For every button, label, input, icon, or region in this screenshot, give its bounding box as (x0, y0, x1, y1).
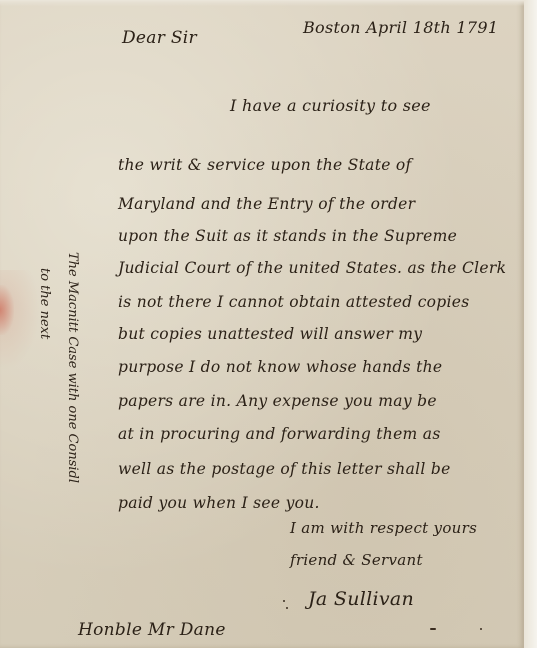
closing-line: friend & Servant (290, 551, 423, 569)
paper-top-edge (0, 0, 524, 6)
body-line: at in procuring and forwarding them as (118, 425, 441, 443)
margin-note-line: The Macnitt Case with one Considl (65, 252, 80, 483)
body-line: well as the postage of this letter shall… (118, 460, 451, 478)
body-line-opening: I have a curiosity to see (230, 96, 431, 115)
body-line: papers are in. Any expense you may be (118, 392, 437, 410)
body-line: Judicial Court of the united States. as … (118, 259, 506, 277)
ink-mark (430, 628, 436, 630)
body-line: Maryland and the Entry of the order (118, 195, 415, 213)
body-line: but copies unattested will answer my (118, 325, 422, 343)
body-line: the writ & service upon the State of (118, 156, 412, 174)
margin-note-line: to the next (37, 268, 52, 339)
closing-line: I am with respect yours (290, 519, 477, 537)
body-line: paid you when I see you. (118, 494, 320, 512)
addressee: Honble Mr Dane (78, 620, 226, 640)
dateline: Boston April 18th 1791 (303, 18, 498, 37)
ink-mark (286, 607, 288, 609)
salutation: Dear Sir (122, 28, 197, 48)
body-line: upon the Suit as it stands in the Suprem… (118, 227, 457, 245)
ink-mark (283, 600, 285, 602)
signature: Ja Sullivan (308, 588, 414, 610)
paper-right-edge (524, 0, 537, 648)
body-line: purpose I do not know whose hands the (118, 358, 442, 376)
ink-mark (480, 628, 482, 630)
body-line: is not there I cannot obtain attested co… (118, 293, 470, 311)
red-wax-stain (0, 285, 14, 335)
